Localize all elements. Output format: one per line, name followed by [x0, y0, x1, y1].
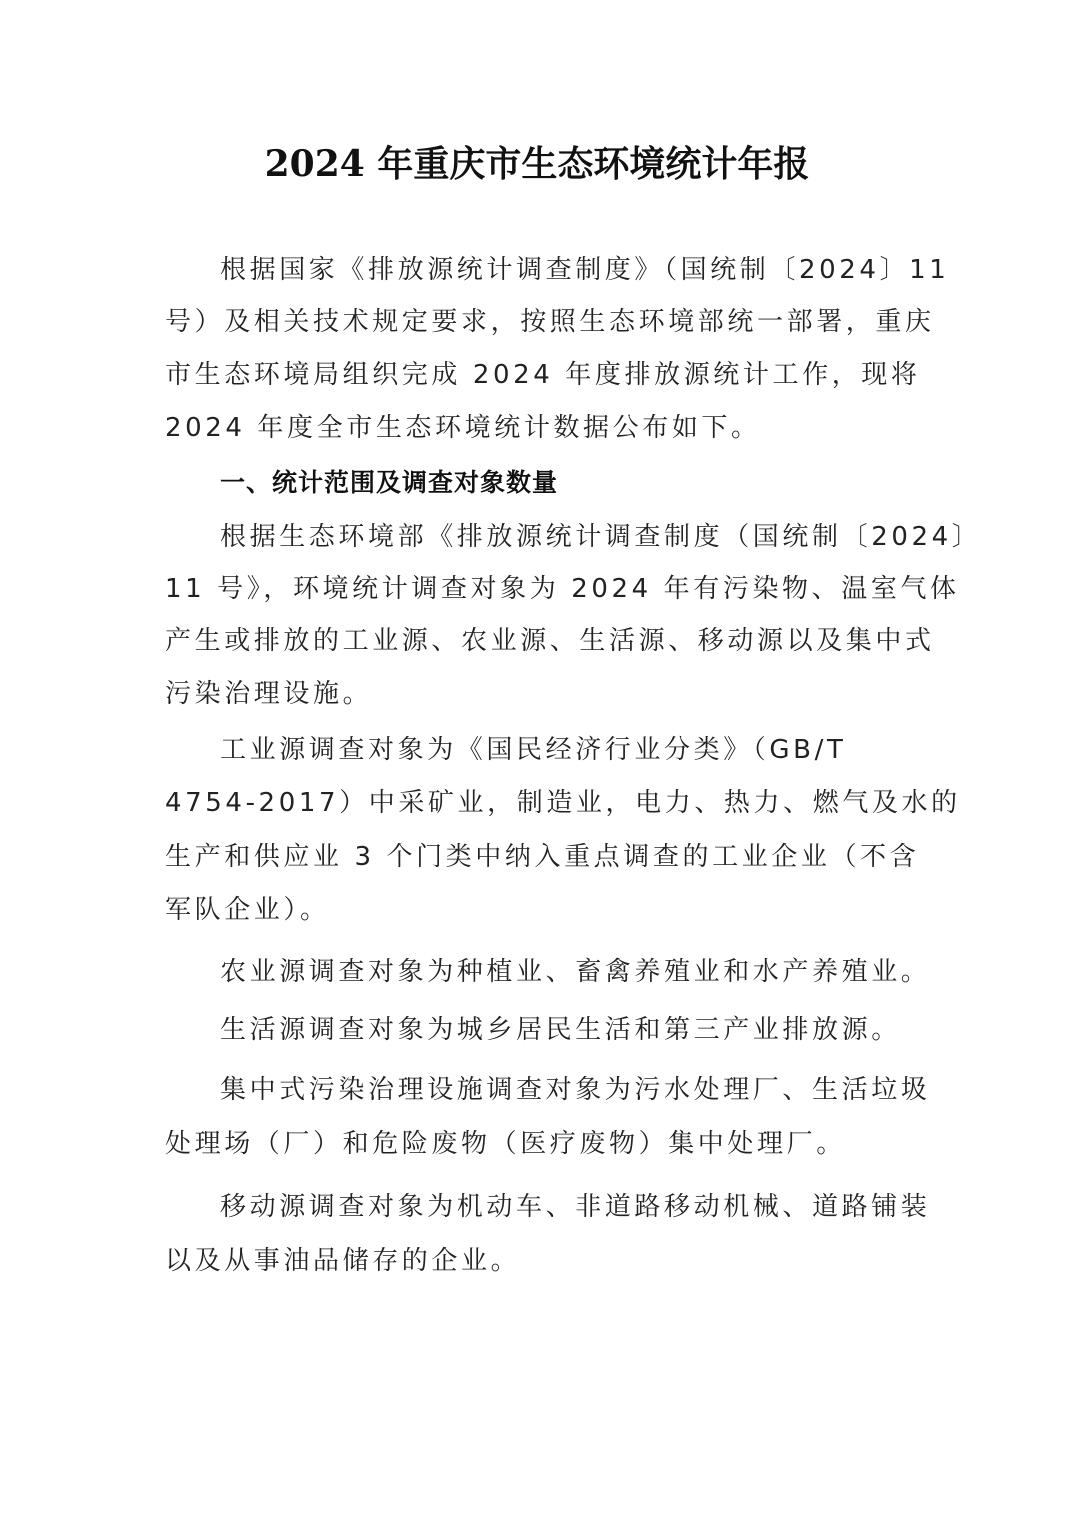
- paragraph-line: 军队企业）。: [165, 892, 330, 928]
- paragraph-line: 生产和供应业 3 个门类中纳入重点调查的工业企业（不含: [165, 839, 919, 875]
- paragraph-line: 生活源调查对象为城乡居民生活和第三产业排放源。: [220, 1012, 901, 1048]
- document-title: 2024 年重庆市生态环境统计年报: [0, 136, 1074, 187]
- paragraph-line: 2024 年度全市生态环境统计数据公布如下。: [165, 410, 761, 446]
- paragraph-line: 污染治理设施。: [165, 676, 372, 712]
- paragraph-line: 11 号》，环境统计调查对象为 2024 年有污染物、温室气体: [165, 571, 960, 607]
- paragraph-line: 集中式污染治理设施调查对象为污水处理厂、生活垃圾: [220, 1072, 930, 1108]
- paragraph-line: 根据国家《排放源统计调查制度》（国统制〔2024〕11: [220, 252, 949, 288]
- paragraph-line: 以及从事油品储存的企业。: [165, 1243, 520, 1279]
- paragraph-line: 产生或排放的工业源、农业源、生活源、移动源以及集中式: [165, 623, 935, 659]
- paragraph-line: 市生态环境局组织完成 2024 年度排放源统计工作，现将: [165, 357, 921, 393]
- section-heading: 一、统计范围及调查对象数量: [220, 465, 558, 501]
- paragraph-line: 处理场（厂）和危险废物（医疗废物）集中处理厂。: [165, 1126, 846, 1162]
- paragraph-line: 号）及相关技术规定要求，按照生态环境部统一部署，重庆: [165, 304, 935, 340]
- paragraph-line: 农业源调查对象为种植业、畜禽养殖业和水产养殖业。: [220, 954, 930, 990]
- paragraph-line: 移动源调查对象为机动车、非道路移动机械、道路铺装: [220, 1189, 930, 1225]
- paragraph-line: 4754-2017）中采矿业，制造业，电力、热力、燃气及水的: [165, 785, 961, 821]
- paragraph-line: 工业源调查对象为《国民经济行业分类》（GB/T: [220, 732, 846, 768]
- document-page: 2024 年重庆市生态环境统计年报 根据国家《排放源统计调查制度》（国统制〔20…: [0, 0, 1074, 1520]
- paragraph-line: 根据生态环境部《排放源统计调查制度（国统制〔2024〕: [220, 519, 981, 555]
